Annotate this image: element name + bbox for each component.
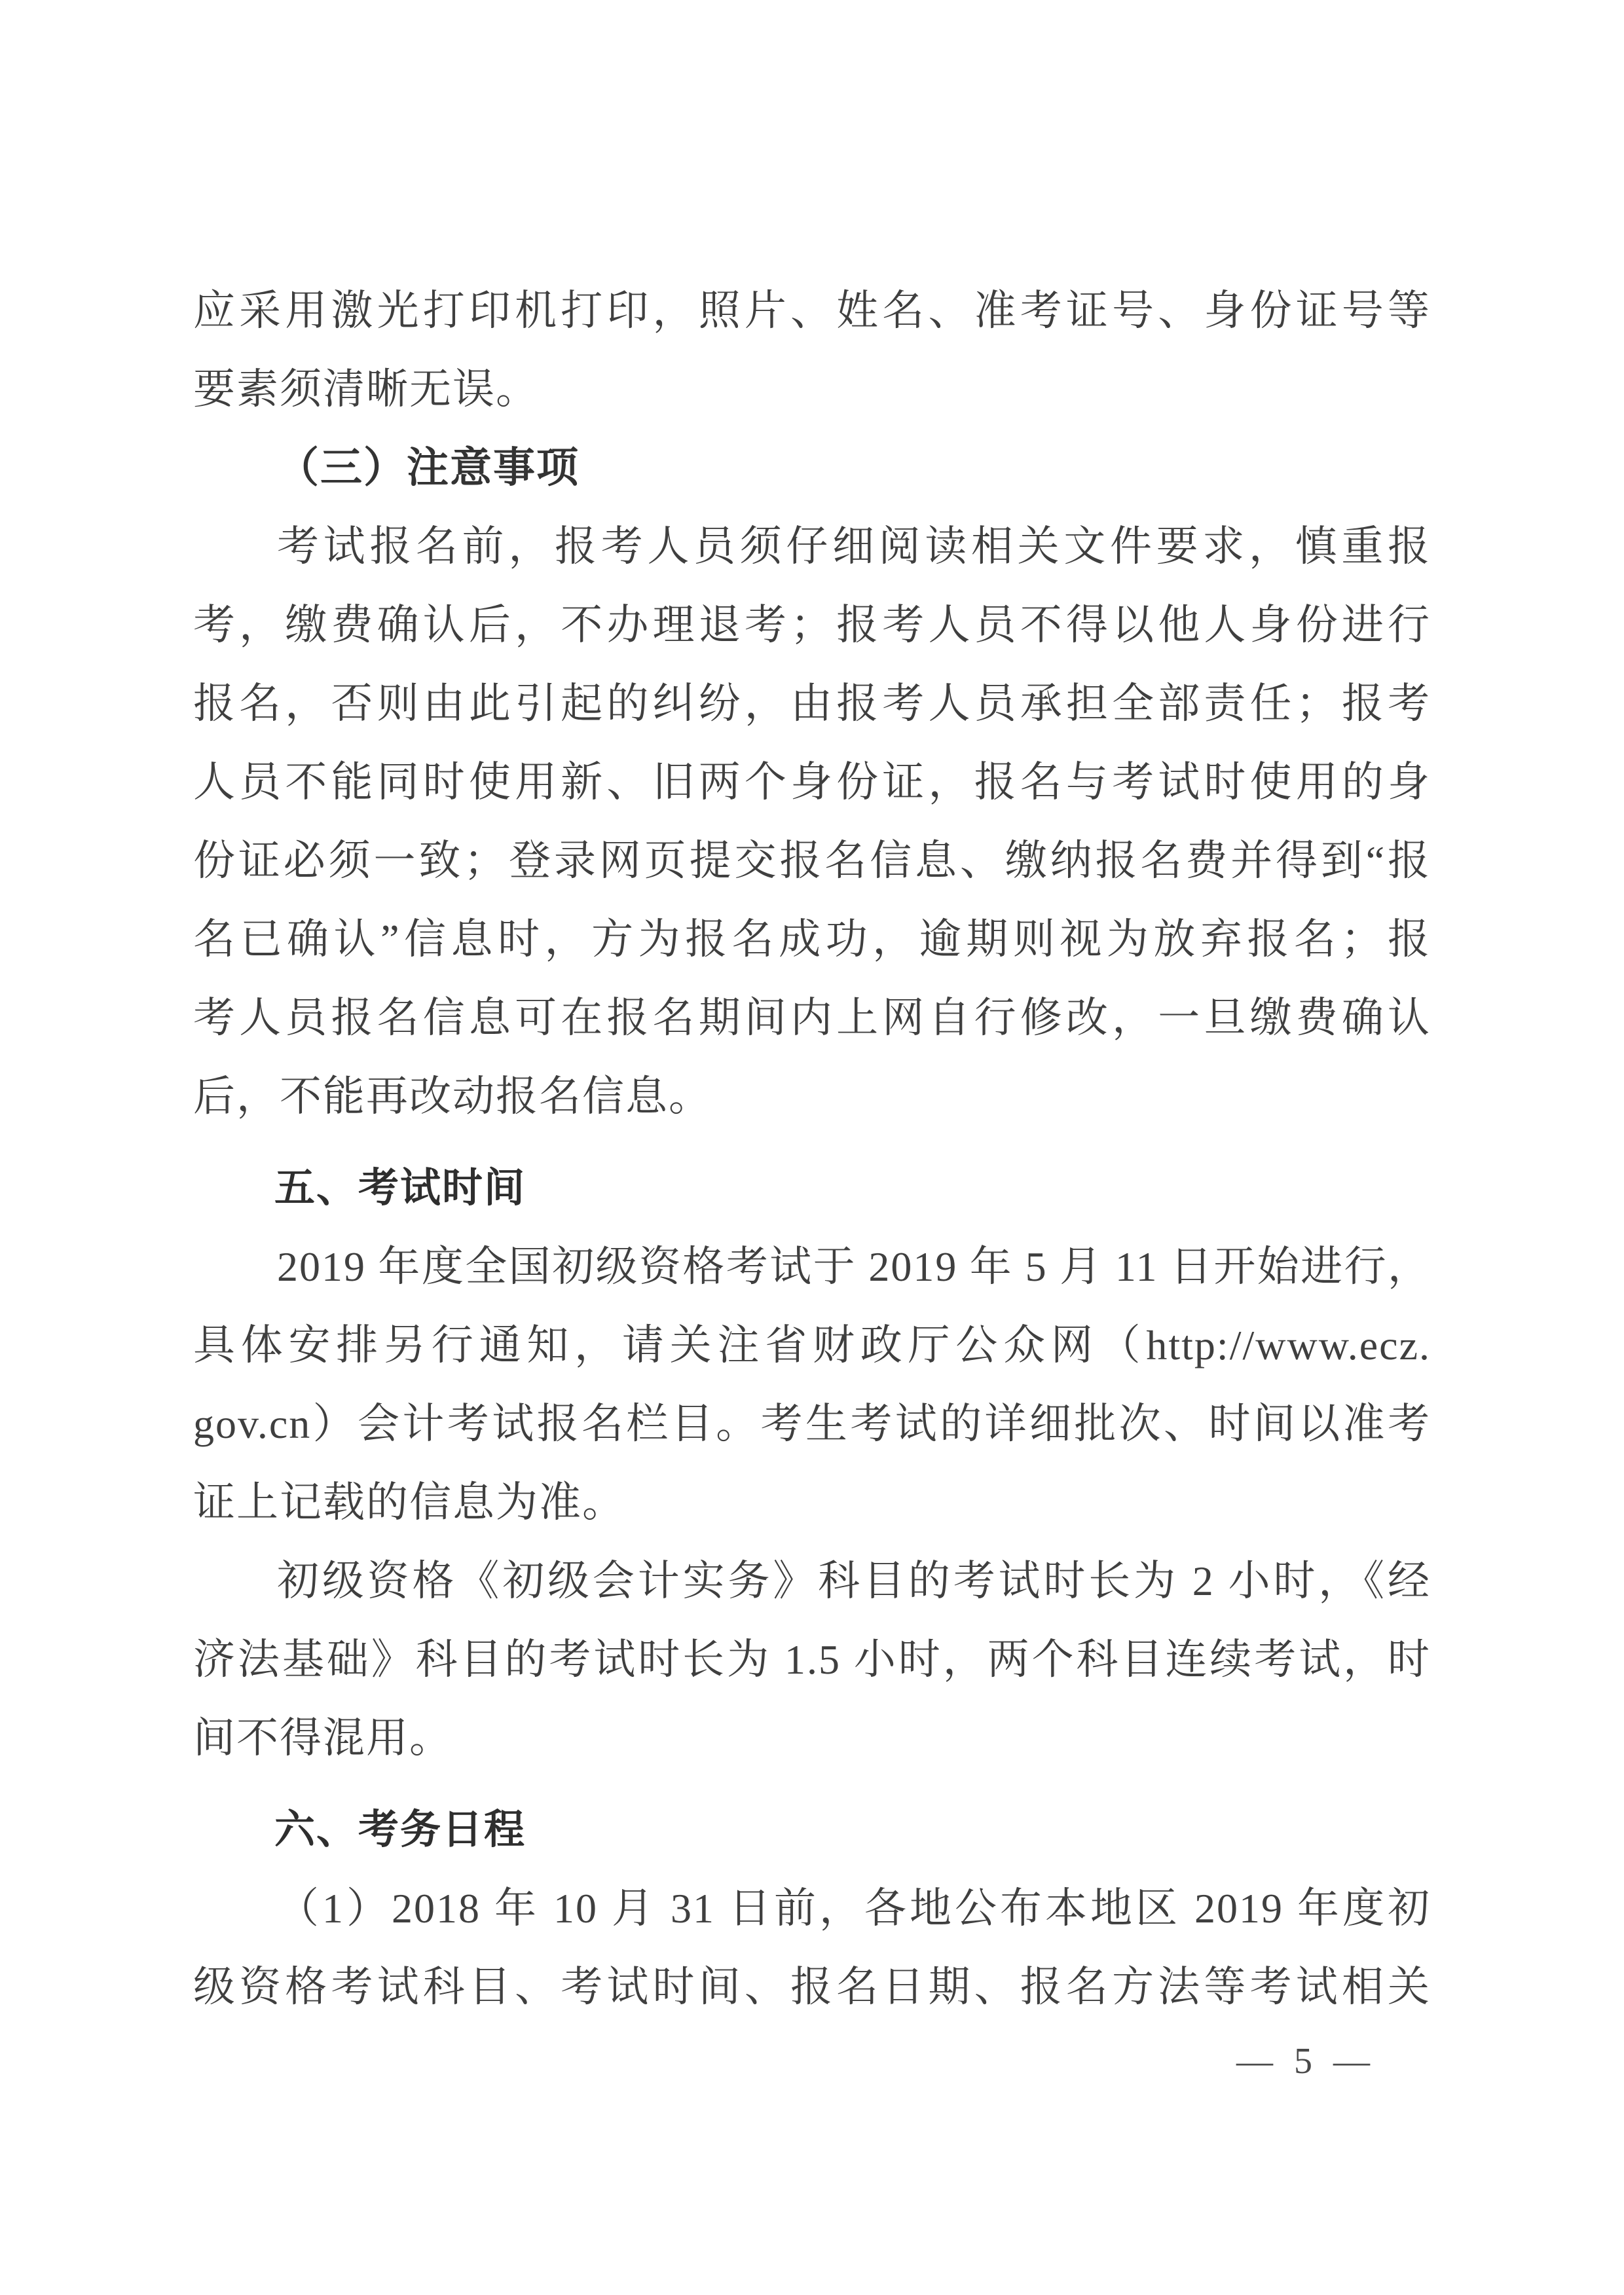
document-page: 应采用激光打印机打印，照片、姓名、准考证号、身份证号等 要素须清晰无误。 （三）… [0,0,1624,2295]
body-line: 证上记载的信息为准。 [193,1463,1431,1542]
body-line: 名已确认”信息时，方为报名成功，逾期则视为放弃报名；报 [193,900,1431,979]
body-line: 后，不能再改动报名信息。 [193,1057,1431,1136]
body-line: 人员不能同时使用新、旧两个身份证，报名与考试时使用的身 [193,743,1431,822]
page-number: — 5 — [1236,2035,1370,2087]
body-line: 考试报名前，报考人员须仔细阅读相关文件要求，慎重报 [193,507,1431,586]
body-line: 考人员报名信息可在报名期间内上网自行修改，一旦缴费确认 [193,979,1431,1057]
body-line: 要素须清晰无误。 [193,350,1431,429]
body-line: 2019 年度全国初级资格考试于 2019 年 5 月 11 日开始进行， [193,1228,1431,1306]
body-line: 份证必须一致；登录网页提交报名信息、缴纳报名费并得到“报 [193,822,1431,900]
body-line: gov.cn）会计考试报名栏目。考生考试的详细批次、时间以准考 [193,1385,1431,1463]
body-line: 考，缴费确认后，不办理退考；报考人员不得以他人身份进行 [193,586,1431,665]
body-line: 初级资格《初级会计实务》科目的考试时长为 2 小时，《经 [193,1542,1431,1621]
subheading-notes: （三）注意事项 [193,429,1431,507]
body-line: 间不得混用。 [193,1699,1431,1778]
document-body: 应采用激光打印机打印，照片、姓名、准考证号、身份证号等 要素须清晰无误。 （三）… [193,272,1431,2027]
body-line: 具体安排另行通知，请关注省财政厅公众网（http://www.ecz. [193,1306,1431,1385]
body-line: 济法基础》科目的考试时长为 1.5 小时，两个科目连续考试，时 [193,1621,1431,1699]
body-line: （1）2018 年 10 月 31 日前，各地公布本地区 2019 年度初 [193,1869,1431,1948]
body-line: 应采用激光打印机打印，照片、姓名、准考证号、身份证号等 [193,272,1431,350]
section-heading-exam-schedule: 六、考务日程 [193,1791,1431,1869]
section-heading-exam-time: 五、考试时间 [193,1149,1431,1228]
body-line: 级资格考试科目、考试时间、报名日期、报名方法等考试相关 [193,1948,1431,2027]
body-line: 报名，否则由此引起的纠纷，由报考人员承担全部责任；报考 [193,665,1431,743]
